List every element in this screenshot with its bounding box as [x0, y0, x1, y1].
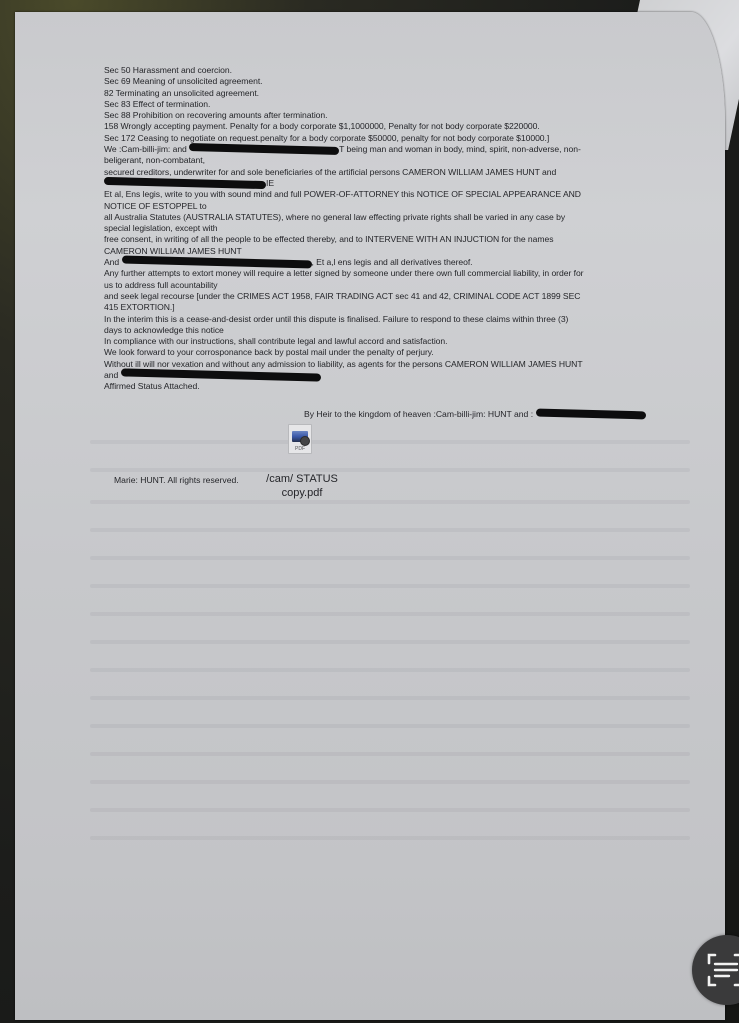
affirmed-status: Affirmed Status Attached.	[104, 381, 664, 392]
text-line: In compliance with our instructions, sha…	[104, 336, 664, 347]
and-line2-start: and	[104, 370, 118, 380]
text-line: all Australia Statutes (AUSTRALIA STATUT…	[104, 212, 664, 223]
text-line: days to acknowledge this notice	[104, 325, 664, 336]
and-line-start: And	[104, 257, 119, 267]
bleed-through	[90, 584, 690, 588]
text-line: NOTICE OF ESTOPPEL to	[104, 201, 664, 212]
bleed-through	[90, 668, 690, 672]
text-line: beligerant, non-combatant,	[104, 155, 664, 166]
text-line: Any further attempts to extort money wil…	[104, 268, 664, 279]
text-line: CAMERON WILLIAM JAMES HUNT	[104, 246, 664, 257]
pdf-file-icon: PDF	[288, 424, 312, 454]
we-line-start: We :Cam-billi-jim: and	[104, 144, 187, 154]
and-line-end: , Et a,l ens legis and all derivatives t…	[312, 257, 473, 267]
pdf-icon-label: PDF	[289, 446, 311, 452]
text-line: We :Cam-billi-jim: and T being man and w…	[104, 144, 664, 155]
scan-text-icon	[705, 952, 739, 988]
redaction-mark	[189, 143, 339, 155]
bleed-through	[90, 724, 690, 728]
text-line: IE	[104, 178, 664, 189]
redacted-name-end: IE	[266, 178, 274, 188]
text-line: free consent, in writing of all the peop…	[104, 234, 664, 245]
bleed-through	[90, 500, 690, 504]
text-line: And , Et a,l ens legis and all derivativ…	[104, 257, 664, 268]
signature-line: By Heir to the kingdom of heaven :Cam-bi…	[304, 409, 646, 419]
text-line: Sec 69 Meaning of unsolicited agreement.	[104, 76, 664, 87]
bleed-through	[90, 696, 690, 700]
text-line: Sec 50 Harassment and coercion.	[104, 65, 664, 76]
bleed-through	[90, 780, 690, 784]
attachment-filename: /cam/ STATUS copy.pdf	[262, 472, 342, 500]
photo-scene: Sec 50 Harassment and coercion. Sec 69 M…	[0, 0, 739, 1023]
text-line: In the interim this is a cease-and-desis…	[104, 314, 664, 325]
bleed-through	[90, 612, 690, 616]
attachment-name-line1: /cam/ STATUS	[262, 472, 342, 486]
text-line: Sec 88 Prohibition on recovering amounts…	[104, 110, 664, 121]
text-line: Et al, Ens legis, write to you with soun…	[104, 189, 664, 200]
rights-reserved: Marie: HUNT. All rights reserved.	[114, 475, 239, 485]
attachment-name-line2: copy.pdf	[262, 486, 342, 500]
bleed-through	[90, 440, 690, 444]
lens-icon	[300, 436, 310, 446]
text-line: 82 Terminating an unsolicited agreement.	[104, 88, 664, 99]
text-line: Without ill will nor vexation and withou…	[104, 359, 664, 370]
redaction-mark	[121, 256, 311, 269]
bleed-through	[90, 528, 690, 532]
text-line: and seek legal recourse [under the CRIME…	[104, 291, 664, 302]
text-line: us to address full acountability	[104, 280, 664, 291]
text-line: secured creditors, underwriter for and s…	[104, 167, 664, 178]
signature-text: By Heir to the kingdom of heaven :Cam-bi…	[304, 409, 533, 419]
text-line: 158 Wrongly accepting payment. Penalty f…	[104, 121, 664, 132]
letter-body: Sec 50 Harassment and coercion. Sec 69 M…	[104, 65, 664, 393]
text-line: and	[104, 370, 664, 381]
text-line: special legislation, except with	[104, 223, 664, 234]
bleed-through	[90, 836, 690, 840]
bleed-through	[90, 556, 690, 560]
text-line: 415 EXTORTION.]	[104, 302, 664, 313]
text-line: Sec 83 Effect of termination.	[104, 99, 664, 110]
bleed-through	[90, 808, 690, 812]
bleed-through	[90, 640, 690, 644]
text-line: We look forward to your corrosponance ba…	[104, 347, 664, 358]
redaction-mark	[104, 177, 266, 189]
redaction-mark	[120, 368, 320, 381]
bleed-through	[90, 468, 690, 472]
we-line-end: T being man and woman in body, mind, spi…	[339, 144, 581, 154]
bleed-through	[90, 752, 690, 756]
text-line: Sec 172 Ceasing to negotiate on request.…	[104, 133, 664, 144]
redaction-mark	[535, 409, 645, 420]
